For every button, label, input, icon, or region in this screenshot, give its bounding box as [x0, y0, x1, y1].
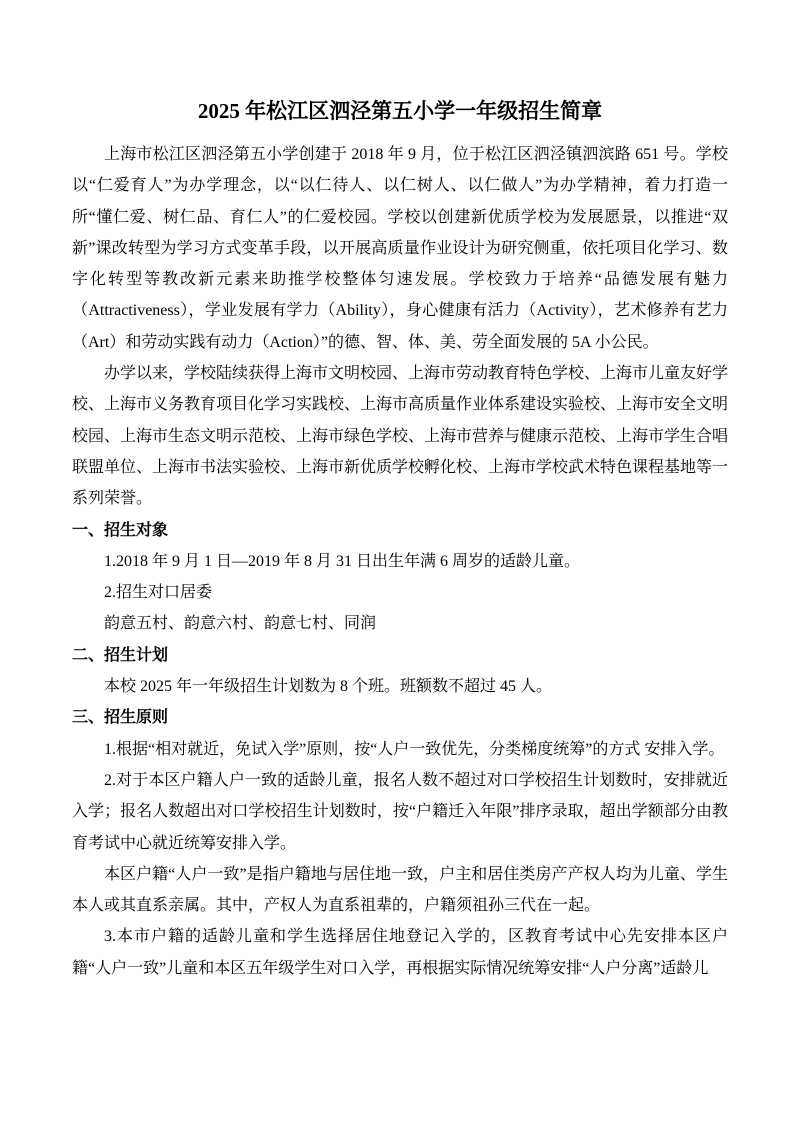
document-content: 2025 年松江区泗泾第五小学一年级招生简章 上海市松江区泗泾第五小学创建于 2… [0, 0, 793, 1122]
enrollment-target-age-item: 1.2018 年 9 月 1 日—2019 年 8 月 31 日出生年满 6 周… [72, 546, 728, 577]
document-page: 2025 年松江区泗泾第五小学一年级招生简章 上海市松江区泗泾第五小学创建于 2… [0, 0, 793, 1122]
section-heading-enrollment-plan: 二、招生计划 [72, 640, 728, 671]
principle-1-paragraph: 1.根据“相对就近，免试入学”原则，按“人户一致优先，分类梯度统筹”的方式 安排… [72, 734, 728, 765]
principle-2-note-paragraph: 本区户籍“人户一致”是指户籍地与居住地一致，户主和居住类房产产权人均为儿童、学生… [72, 859, 728, 922]
intro-paragraph-honors: 办学以来，学校陆续获得上海市文明校园、上海市劳动教育特色学校、上海市儿童友好学校… [72, 358, 728, 514]
section-heading-enrollment-targets: 一、招生对象 [72, 515, 728, 546]
principle-3-paragraph-truncated: 3.本市户籍的适龄儿童和学生选择居住地登记入学的，区教育考试中心先安排本区户籍“… [72, 921, 728, 984]
section-heading-enrollment-principles: 三、招生原则 [72, 702, 728, 733]
enrollment-plan-paragraph: 本校 2025 年一年级招生计划数为 8 个班。班额数不超过 45 人。 [72, 671, 728, 702]
enrollment-target-committee-item: 2.招生对口居委 [72, 577, 728, 608]
enrollment-target-villages-list: 韵意五村、韵意六村、韵意七村、同润 [72, 608, 728, 639]
principle-2-paragraph: 2.对于本区户籍人户一致的适龄儿童，报名人数不超过对口学校招生计划数时，安排就近… [72, 765, 728, 859]
intro-paragraph-school-overview: 上海市松江区泗泾第五小学创建于 2018 年 9 月，位于松江区泗泾镇泗滨路 6… [72, 139, 728, 358]
document-title: 2025 年松江区泗泾第五小学一年级招生简章 [72, 97, 728, 125]
